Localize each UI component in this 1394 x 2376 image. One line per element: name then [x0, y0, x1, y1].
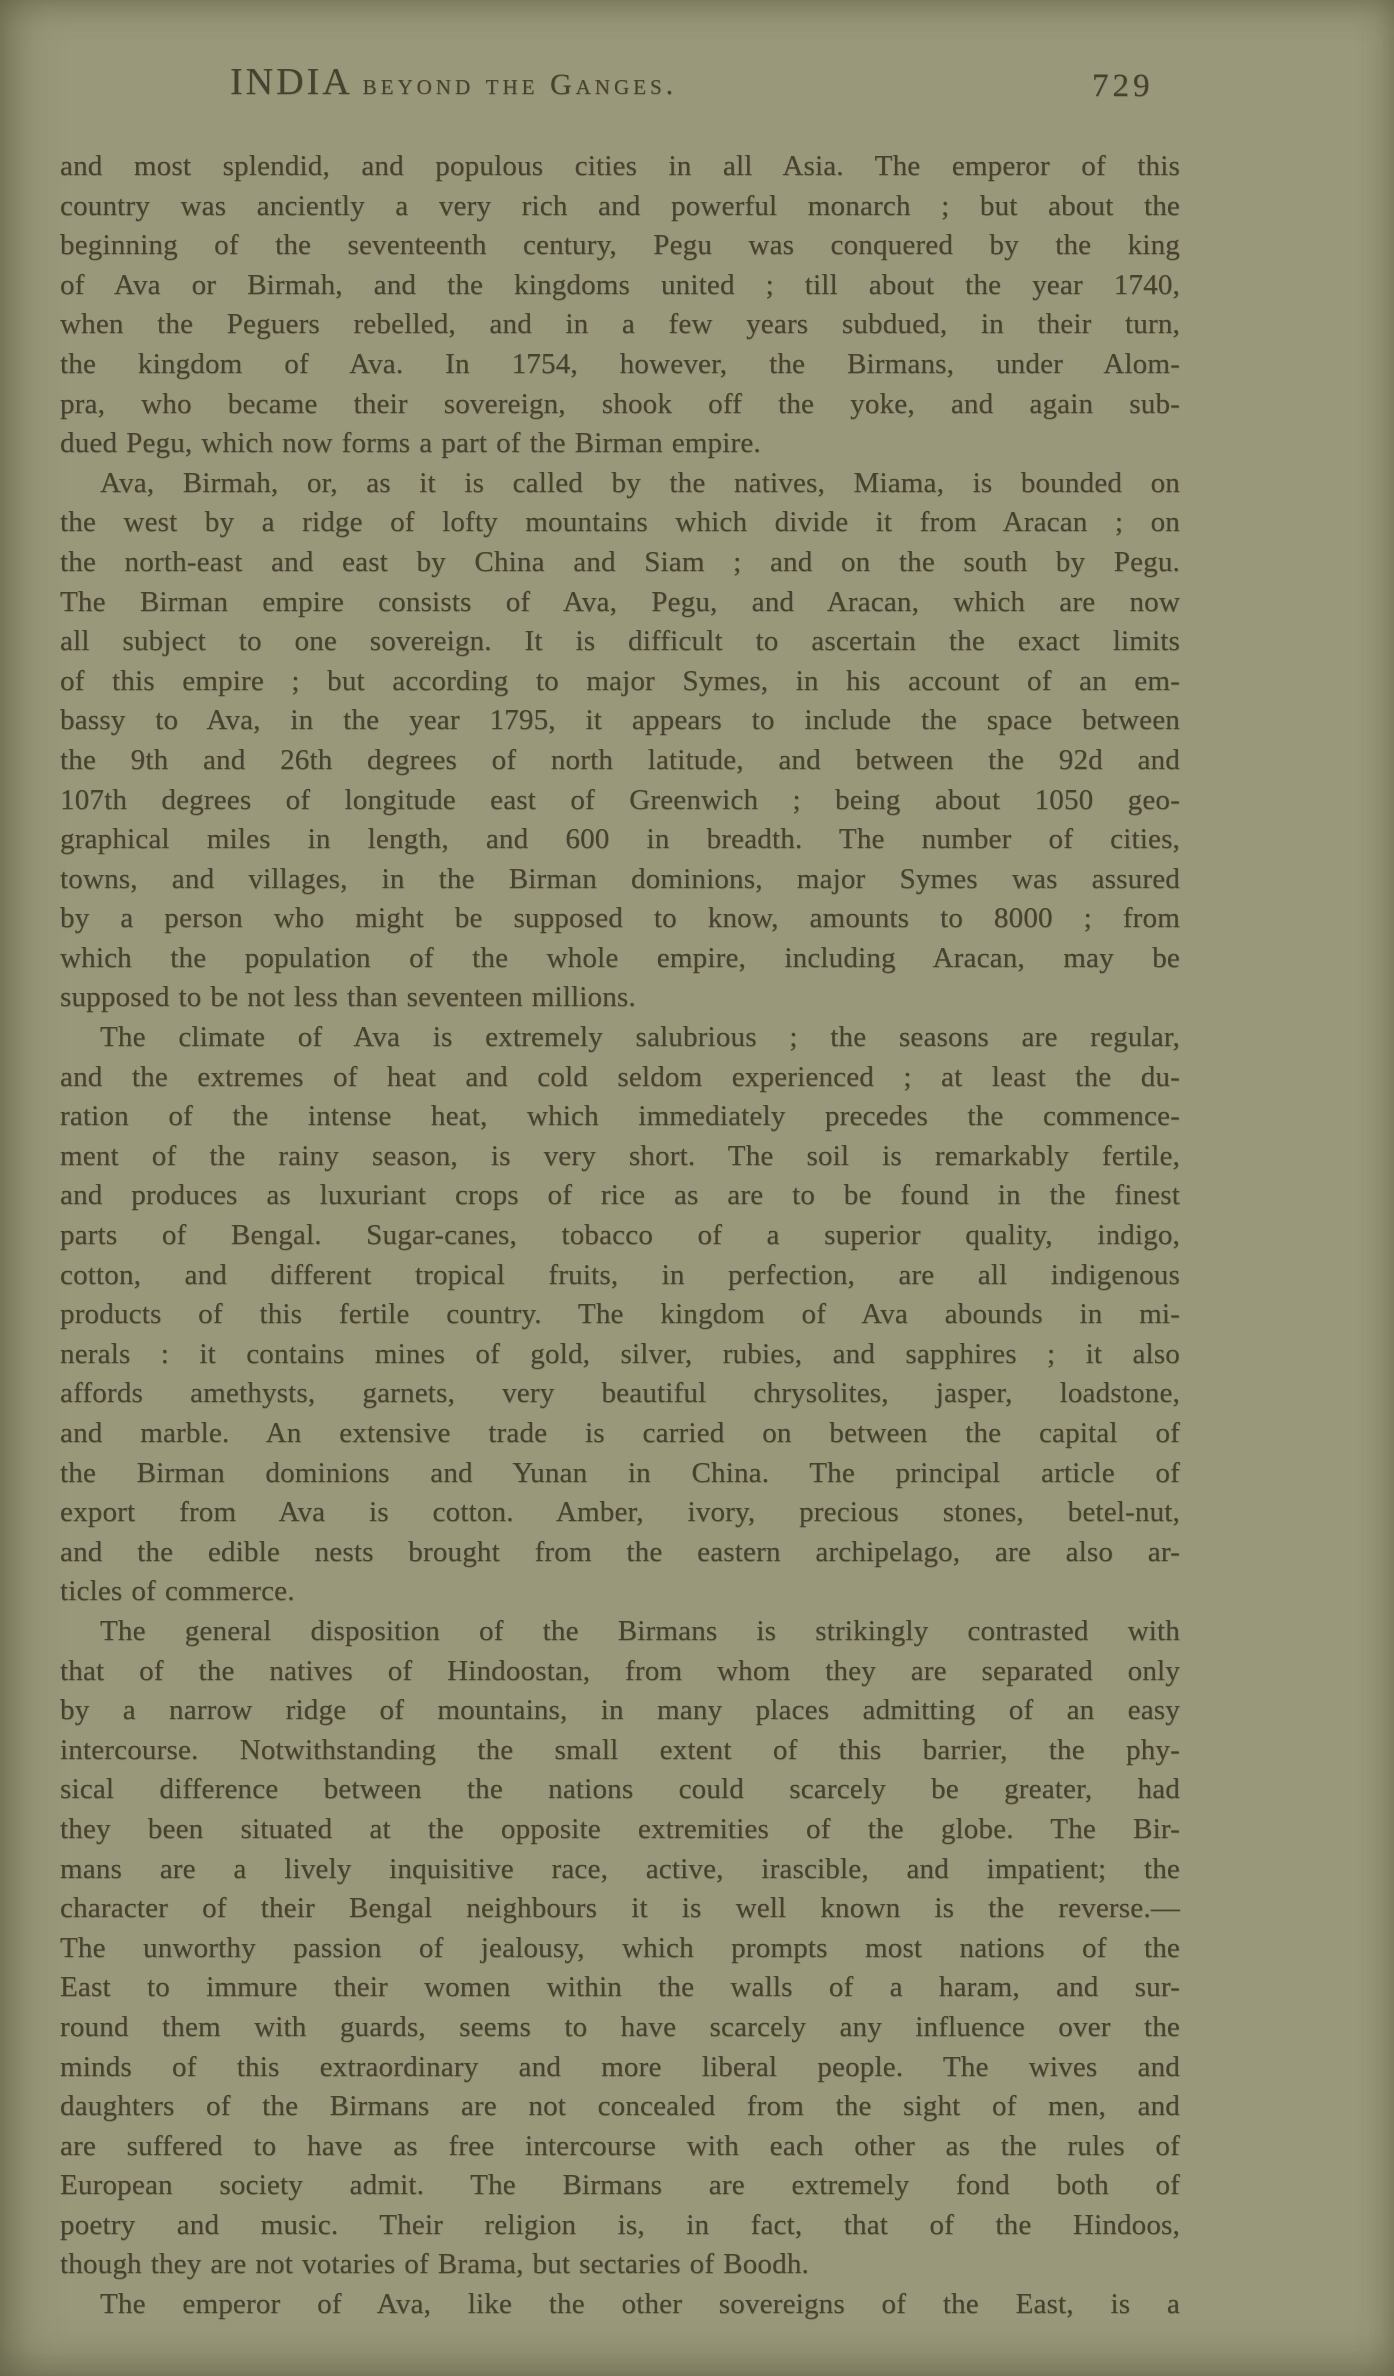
text-line: poetry and music. Their religion is, in …	[60, 2206, 1180, 2246]
text-line: ration of the intense heat, which immedi…	[60, 1097, 1180, 1137]
text-line: the west by a ridge of lofty mountains w…	[60, 503, 1180, 543]
text-line: The emperor of Ava, like the other sover…	[60, 2285, 1180, 2325]
text-line: and the edible nests brought from the ea…	[60, 1533, 1180, 1573]
text-line: East to immure their women within the wa…	[60, 1968, 1180, 2008]
page-title: INDIAbeyond the Ganges.	[230, 60, 677, 104]
text-line: The Birman empire consists of Ava, Pegu,…	[60, 583, 1180, 623]
text-line: all subject to one sovereign. It is diff…	[60, 622, 1180, 662]
text-line: Ava, Birmah, or, as it is called by the …	[60, 464, 1180, 504]
paragraph: The climate of Ava is extremely salubrio…	[60, 1018, 1180, 1612]
text-line: products of this fertile country. The ki…	[60, 1295, 1180, 1335]
book-page: INDIAbeyond the Ganges. 729 and most spl…	[0, 0, 1394, 2376]
text-line: are suffered to have as free intercourse…	[60, 2127, 1180, 2167]
page-title-lead: INDIA	[230, 61, 353, 103]
page-title-rest: beyond the Ganges.	[363, 68, 678, 101]
text-line: and marble. An extensive trade is carrie…	[60, 1414, 1180, 1454]
text-line: by a narrow ridge of mountains, in many …	[60, 1691, 1180, 1731]
text-line: pra, who became their sovereign, shook o…	[60, 385, 1180, 425]
text-line: and the extremes of heat and cold seldom…	[60, 1058, 1180, 1098]
paragraph: The general disposition of the Birmans i…	[60, 1612, 1180, 2285]
text-line: which the population of the whole empire…	[60, 939, 1180, 979]
text-line: though they are not votaries of Brama, b…	[60, 2245, 1180, 2285]
paragraph: The emperor of Ava, like the other sover…	[60, 2285, 1180, 2325]
text-line: towns, and villages, in the Birman domin…	[60, 860, 1180, 900]
text-line: of this empire ; but according to major …	[60, 662, 1180, 702]
text-line: round them with guards, seems to have sc…	[60, 2008, 1180, 2048]
text-line: nerals : it contains mines of gold, silv…	[60, 1335, 1180, 1375]
text-line: and produces as luxuriant crops of rice …	[60, 1176, 1180, 1216]
text-line: minds of this extraordinary and more lib…	[60, 2048, 1180, 2088]
text-line: the north-east and east by China and Sia…	[60, 543, 1180, 583]
text-line: the kingdom of Ava. In 1754, however, th…	[60, 345, 1180, 385]
text-line: sical difference between the nations cou…	[60, 1770, 1180, 1810]
text-line: cotton, and different tropical fruits, i…	[60, 1256, 1180, 1296]
text-line: when the Peguers rebelled, and in a few …	[60, 305, 1180, 345]
text-line: 107th degrees of longitude east of Green…	[60, 781, 1180, 821]
text-line: beginning of the seventeenth century, Pe…	[60, 226, 1180, 266]
text-line: supposed to be not less than seventeen m…	[60, 978, 1180, 1018]
text-line: European society admit. The Birmans are …	[60, 2166, 1180, 2206]
paragraph: and most splendid, and populous cities i…	[60, 147, 1180, 464]
running-head: INDIAbeyond the Ganges. 729	[0, 54, 1394, 110]
text-line: by a person who might be supposed to kno…	[60, 899, 1180, 939]
text-line: mans are a lively inquisitive race, acti…	[60, 1850, 1180, 1890]
page-number: 729	[1092, 68, 1154, 105]
text-line: of Ava or Birmah, and the kingdoms unite…	[60, 266, 1180, 306]
text-line: export from Ava is cotton. Amber, ivory,…	[60, 1493, 1180, 1533]
text-line: they been situated at the opposite extre…	[60, 1810, 1180, 1850]
text-line: affords amethysts, garnets, very beautif…	[60, 1374, 1180, 1414]
text-line: intercourse. Notwithstanding the small e…	[60, 1731, 1180, 1771]
text-line: bassy to Ava, in the year 1795, it appea…	[60, 701, 1180, 741]
text-line: The climate of Ava is extremely salubrio…	[60, 1018, 1180, 1058]
text-line: that of the natives of Hindoostan, from …	[60, 1652, 1180, 1692]
text-line: parts of Bengal. Sugar-canes, tobacco of…	[60, 1216, 1180, 1256]
text-line: and most splendid, and populous cities i…	[60, 147, 1180, 187]
paragraph: Ava, Birmah, or, as it is called by the …	[60, 464, 1180, 1018]
text-line: The general disposition of the Birmans i…	[60, 1612, 1180, 1652]
text-line: the 9th and 26th degrees of north latitu…	[60, 741, 1180, 781]
text-line: daughters of the Birmans are not conceal…	[60, 2087, 1180, 2127]
text-line: The unworthy passion of jealousy, which …	[60, 1929, 1180, 1969]
text-line: ticles of commerce.	[60, 1572, 1180, 1612]
text-line: the Birman dominions and Yunan in China.…	[60, 1454, 1180, 1494]
text-line: dued Pegu, which now forms a part of the…	[60, 424, 1180, 464]
text-line: country was anciently a very rich and po…	[60, 187, 1180, 227]
text-line: graphical miles in length, and 600 in br…	[60, 820, 1180, 860]
text-line: ment of the rainy season, is very short.…	[60, 1137, 1180, 1177]
text-line: character of their Bengal neighbours it …	[60, 1889, 1180, 1929]
page-text: and most splendid, and populous cities i…	[60, 147, 1180, 2325]
